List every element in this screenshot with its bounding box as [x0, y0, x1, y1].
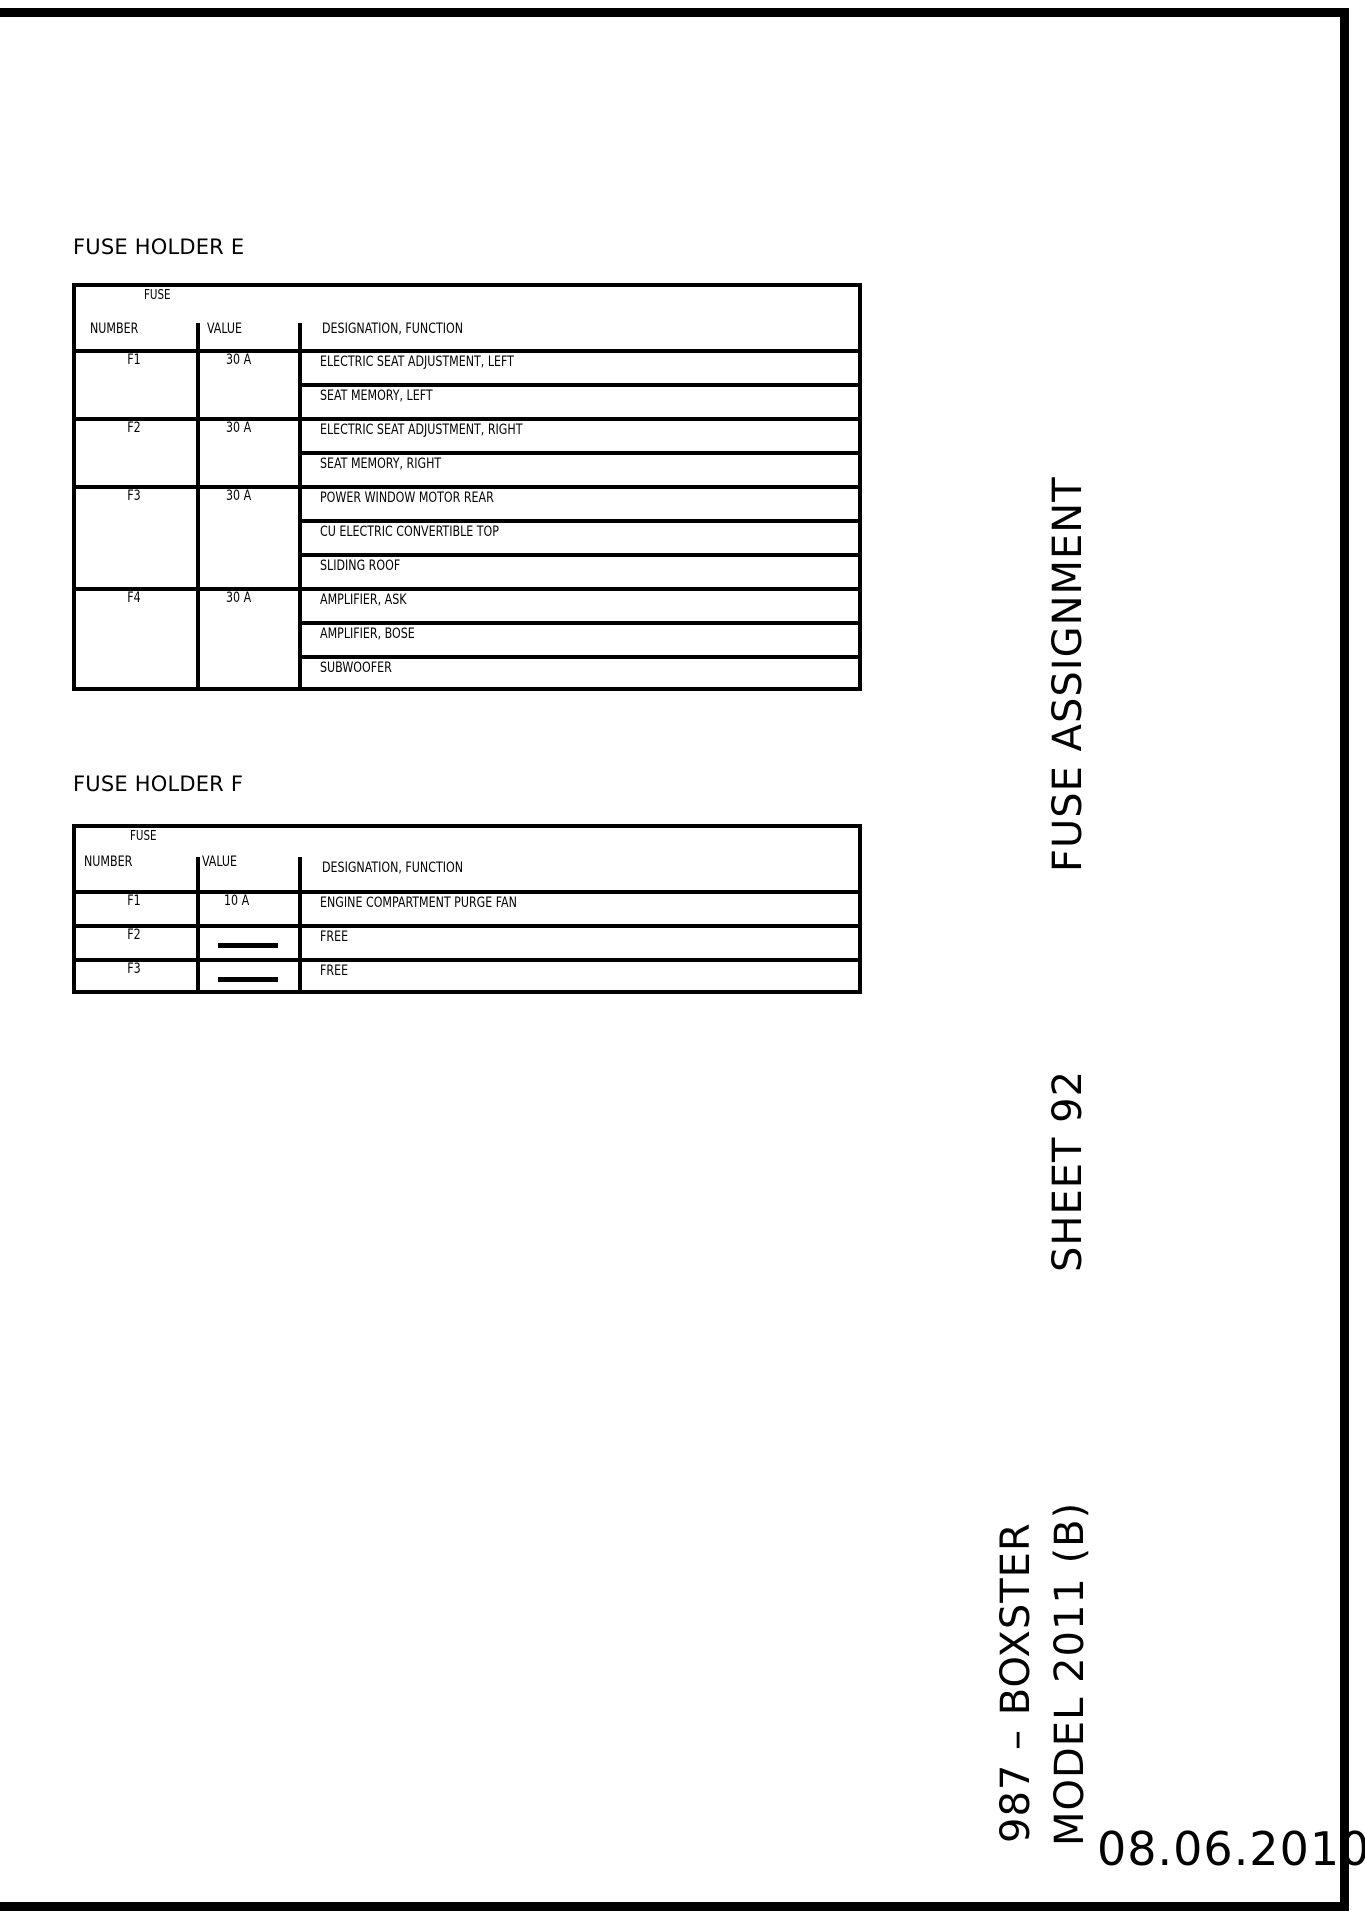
fuse-value: 30 A — [226, 420, 251, 436]
header-divider — [298, 323, 302, 691]
page-border-bottom — [0, 1902, 1349, 1911]
function-separator — [298, 383, 862, 387]
fuse-function: ELECTRIC SEAT ADJUSTMENT, LEFT — [320, 354, 514, 370]
fuse-function: SEAT MEMORY, LEFT — [320, 388, 433, 404]
fuse-number: F1 — [79, 893, 188, 909]
fuse-value: 30 A — [226, 488, 251, 504]
fuse-function: ELECTRIC SEAT ADJUSTMENT, RIGHT — [320, 422, 522, 438]
fuse-value: 30 A — [226, 590, 251, 606]
function-separator — [298, 553, 862, 557]
function-separator — [298, 655, 862, 659]
fuse-function: AMPLIFIER, BOSE — [320, 626, 415, 642]
header-designation: DESIGNATION, FUNCTION — [322, 321, 463, 337]
fuse-function: CU ELECTRIC CONVERTIBLE TOP — [320, 524, 499, 540]
header-separator — [72, 349, 862, 353]
fuse-function: AMPLIFIER, ASK — [320, 592, 407, 608]
fuse-number: F1 — [79, 352, 188, 368]
fuse-function: SLIDING ROOF — [320, 558, 400, 574]
function-separator — [298, 621, 862, 625]
fuse-value: 30 A — [226, 352, 251, 368]
free-slot-dash — [218, 943, 278, 948]
header-value: VALUE — [207, 321, 242, 337]
page-border-top — [0, 8, 1349, 17]
fuse-holder-e-table: FUSENUMBERVALUEDESIGNATION, FUNCTIONF130… — [72, 283, 862, 691]
fuse-function: POWER WINDOW MOTOR REAR — [320, 490, 494, 506]
fuse-holder-f-title: FUSE HOLDER F — [73, 772, 243, 796]
fuse-number: F2 — [79, 420, 188, 436]
fuse-separator — [72, 587, 862, 591]
fuse-function: SEAT MEMORY, RIGHT — [320, 456, 441, 472]
header-number: NUMBER — [84, 854, 132, 870]
fuse-function: ENGINE COMPARTMENT PURGE FAN — [320, 895, 517, 911]
page-border-right — [1340, 8, 1349, 1911]
header-fuse: FUSE — [144, 288, 170, 303]
fuse-separator — [72, 924, 862, 928]
fuse-holder-e-title: FUSE HOLDER E — [73, 235, 244, 259]
sheet-number: SHEET 92 — [1045, 1070, 1091, 1272]
header-fuse: FUSE — [130, 829, 156, 844]
fuse-separator — [72, 485, 862, 489]
header-separator — [72, 890, 862, 894]
fuse-number: F3 — [79, 488, 188, 504]
fuse-number: F2 — [79, 927, 188, 943]
model-year: MODEL 2011 (B) — [1047, 1502, 1093, 1846]
fuse-separator — [72, 417, 862, 421]
function-separator — [298, 451, 862, 455]
fuse-value: 10 A — [224, 893, 249, 909]
header-value: VALUE — [202, 854, 237, 870]
header-number: NUMBER — [90, 321, 138, 337]
fuse-number: F4 — [79, 590, 188, 606]
fuse-function: FREE — [320, 963, 348, 979]
fuse-function: FREE — [320, 929, 348, 945]
document-date: 08.06.2010 — [1097, 1822, 1365, 1876]
fuse-separator — [72, 958, 862, 962]
fuse-holder-f-table: FUSENUMBERVALUEDESIGNATION, FUNCTIONF110… — [72, 824, 862, 994]
fuse-number: F3 — [79, 961, 188, 977]
header-designation: DESIGNATION, FUNCTION — [322, 860, 463, 876]
fuse-function: SUBWOOFER — [320, 660, 392, 676]
vehicle-name: 987 – BOXSTER — [993, 1522, 1039, 1843]
function-separator — [298, 519, 862, 523]
free-slot-dash — [218, 977, 278, 982]
document-title: FUSE ASSIGNMENT — [1045, 476, 1091, 872]
header-divider — [196, 323, 200, 691]
